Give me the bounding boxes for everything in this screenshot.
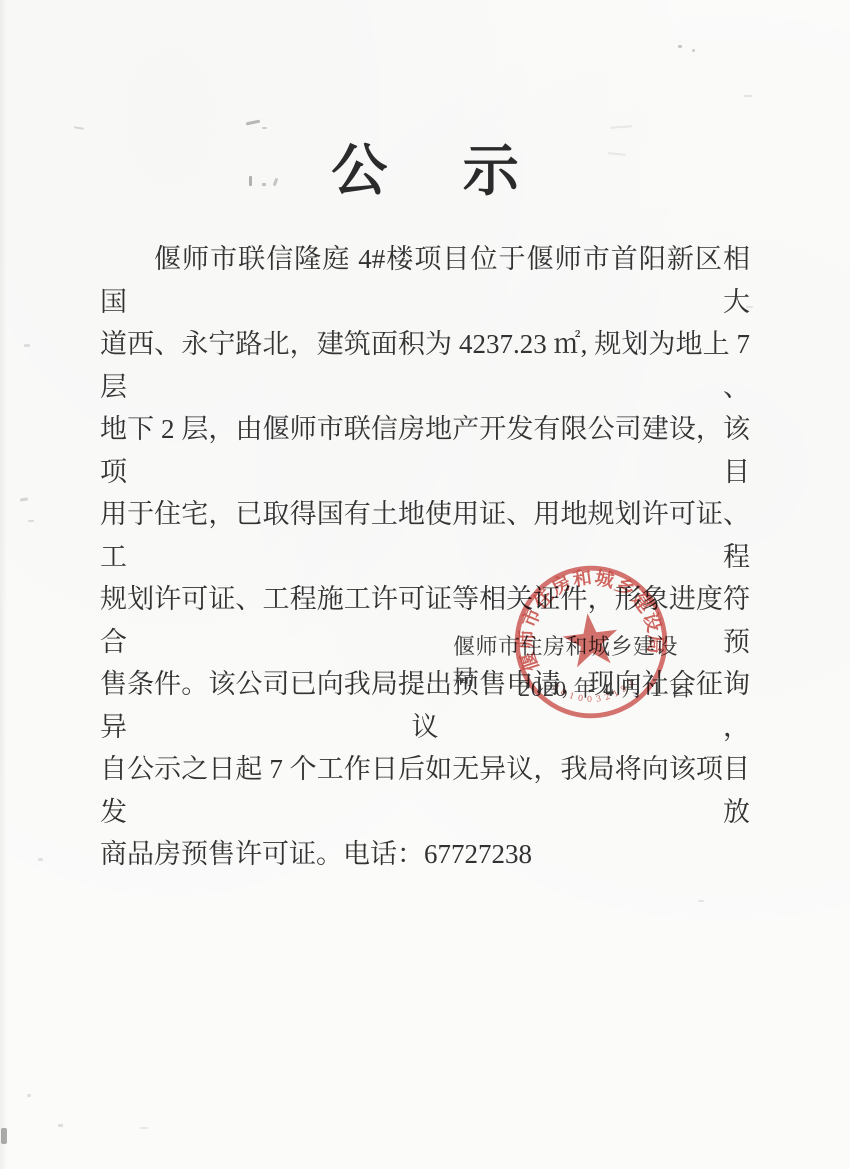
scan-artifact — [38, 858, 43, 861]
scan-artifact — [262, 127, 267, 129]
scan-artifact — [140, 1127, 148, 1129]
body-line: 道西、永宁路北，建筑面积为 4237.23 ㎡, 规划为地上 7 层、 — [100, 323, 750, 408]
scan-artifact — [692, 49, 695, 52]
scan-artifact — [1, 1128, 7, 1144]
scan-artifact — [610, 125, 632, 129]
body-line: 商品房预售许可证。电话：67727238 — [100, 833, 750, 876]
scan-artifact — [678, 45, 682, 48]
scan-artifact — [246, 120, 260, 126]
body-line: 自公示之日起 7 个工作日后如无异议，我局将向该项目发放 — [100, 748, 750, 833]
body-line: 用于住宅，已取得国有土地使用证、用地规划许可证、工程 — [100, 493, 750, 578]
scan-artifact — [27, 1094, 31, 1097]
body-line: 地下 2 层，由偃师市联信房地产开发有限公司建设，该项目 — [100, 408, 750, 493]
scan-artifact — [746, 306, 753, 308]
scan-artifact — [28, 520, 34, 522]
body-line: 偃师市联信隆庭 4#楼项目位于偃师市首阳新区相国大 — [100, 238, 750, 323]
notice-body: 偃师市联信隆庭 4#楼项目位于偃师市首阳新区相国大 道西、永宁路北，建筑面积为 … — [100, 238, 750, 876]
scan-artifact — [744, 95, 752, 97]
scan-artifact — [262, 183, 266, 186]
scanned-notice-page: 公 示 偃师市联信隆庭 4#楼项目位于偃师市首阳新区相国大 道西、永宁路北，建筑… — [0, 0, 850, 1169]
scan-artifact — [20, 497, 28, 501]
scan-artifact — [58, 1124, 63, 1127]
notice-title: 公 示 — [0, 142, 850, 204]
scan-artifact — [74, 126, 84, 129]
scan-artifact — [24, 344, 30, 347]
issue-date: 2020 年 4 月 1 日 — [519, 672, 719, 703]
scan-artifact — [249, 176, 252, 186]
scan-artifact — [698, 900, 704, 902]
